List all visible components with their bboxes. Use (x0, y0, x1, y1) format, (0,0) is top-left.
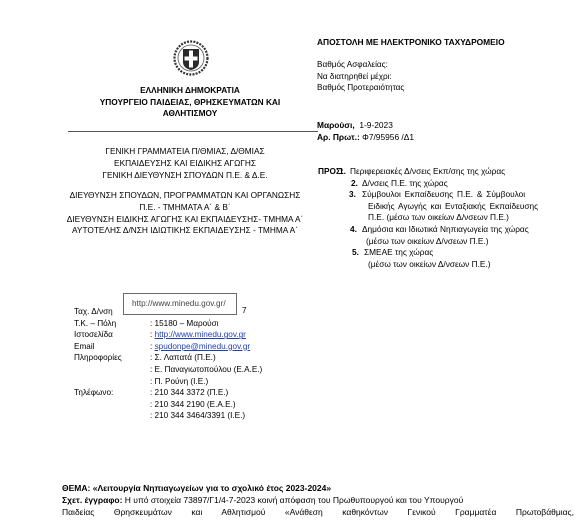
header-divider (68, 131, 318, 132)
address-label: Ταχ. Δ/νση (74, 306, 113, 318)
phone-value: : 210 344 3372 (Π.Ε.) (150, 387, 228, 399)
reference-label: Σχετ. έγγραφο: (62, 495, 122, 505)
email-link[interactable]: spudonpe@minedu.gov.gr (155, 342, 251, 351)
ministry-name-line1: ΥΠΟΥΡΓΕΙΟ ΠΑΙΔΕΙΑΣ, ΘΡΗΣΚΕΥΜΑΤΩΝ ΚΑΙ (60, 97, 320, 109)
email-delivery-note: ΑΠΟΣΤΟΛΗ ΜΕ ΗΛΕΚΤΡΟΝΙΚΟ ΤΑΧΥΔΡΟΜΕΙΟ (317, 37, 505, 47)
reference-text-cont: Παιδείας Θρησκευμάτων και Αθλητισμού «Αν… (62, 506, 574, 518)
security-block: Βαθμός Ασφαλείας: Να διατηρηθεί μέχρι: Β… (317, 59, 404, 94)
subject-title: «Λειτουργία Νηπιαγωγείων για το σχολικό … (93, 483, 331, 493)
recipient-text: Π.Ε. (μέσω των οικείων Δ/νσεων Π.Ε.) (368, 212, 509, 224)
recipient-text: Ειδικής Αγωγής και Ενταξιακής Εκπαίδευση… (368, 201, 538, 213)
subject-block: ΘΕΜΑ: «Λειτουργία Νηπιαγωγείων για το σχ… (62, 482, 574, 518)
city-label: Τ.Κ. – Πόλη (74, 318, 116, 330)
address-tail: 7 (242, 306, 247, 315)
place-label: Μαρούσι, (317, 120, 355, 130)
recipient-text: ΣΜΕΑΕ της χώρας (364, 247, 433, 259)
keep-until: Να διατηρηθεί μέχρι: (317, 71, 404, 83)
republic-name: ΕΛΛΗΝΙΚΗ ΔΗΜΟΚΡΑΤΙΑ (60, 85, 320, 97)
email-label: Email (74, 341, 94, 353)
gen-sec-line: ΓΕΝΙΚΗ ΔΙΕΥΘΥΝΣΗ ΣΠΟΥΔΩΝ Π.Ε. & Δ.Ε. (60, 170, 310, 182)
gen-sec-line: ΓΕΝΙΚΗ ΓΡΑΜΜΑΤΕΙΑ Π/ΘΜΙΑΣ, Δ/ΘΜΙΑΣ (60, 146, 310, 158)
directorate-line: ΑΥΤΟΤΕΛΗΣ Δ/ΝΣΗ ΙΔΙΩΤΙΚΗΣ ΕΚΠΑΙΔΕΥΣΗΣ - … (60, 225, 310, 237)
ministry-name-line2: ΑΘΛΗΤΙΣΜΟΥ (60, 108, 320, 120)
link-tooltip: http://www.minedu.gov.gr/ (123, 293, 237, 315)
info-label: Πληροφορίες (74, 352, 122, 364)
document-date: 1-9-2023 (359, 120, 393, 130)
recipient-text: Περιφερειακές Δ/νσεις Εκπ/σης της χώρας (350, 166, 505, 178)
general-secretariat: ΓΕΝΙΚΗ ΓΡΑΜΜΑΤΕΙΑ Π/ΘΜΙΑΣ, Δ/ΘΜΙΑΣ ΕΚΠΑΙ… (60, 146, 310, 181)
phone-label: Τηλέφωνο: (74, 387, 113, 399)
recipient-text: Δημόσια και Ιδιωτικά Νηπιαγωγεία της χώρ… (362, 224, 529, 236)
phone-value: : 210 344 3464/3391 (Ι.Ε.) (150, 410, 245, 422)
info-value: : Σ. Λαπατά (Π.Ε.) (150, 352, 216, 364)
info-value: : Π. Ρούνη (Ι.Ε.) (150, 376, 208, 388)
gen-sec-line: ΕΚΠΑΙΔΕΥΣΗΣ ΚΑΙ ΕΙΔΙΚΗΣ ΑΓΩΓΗΣ (60, 158, 310, 170)
recipient-number: 5. (352, 247, 359, 259)
directorate-line: Π.Ε. - ΤΜΗΜΑΤΑ Α΄ & Β΄ (60, 202, 310, 214)
city-value: : 15180 – Μαρούσι (150, 318, 219, 330)
contact-block: Ταχ. Δ/νση Τ.Κ. – Πόλη: 15180 – Μαρούσι … (74, 306, 314, 422)
protocol-number: Φ7/95956 /Δ1 (362, 132, 414, 142)
website-link[interactable]: http://www.minedu.gov.gr (155, 330, 246, 339)
recipient-text: (μέσω των οικείων Δ/νσεων Π.Ε.) (366, 236, 489, 248)
info-value: : Ε. Παναγιωτοπούλου (Ε.Α.Ε.) (150, 364, 262, 376)
protocol-label: Αρ. Πρωτ.: (317, 132, 360, 142)
directorates: ΔΙΕΥΘΥΝΣΗ ΣΠΟΥΔΩΝ, ΠΡΟΓΡΑΜΜΑΤΩΝ ΚΑΙ ΟΡΓΑ… (60, 190, 310, 237)
recipient-number: 4. (350, 224, 357, 236)
recipient-text: Σύμβουλοι Εκπαίδευσης Π.Ε. & Σύμβουλοι (362, 189, 525, 201)
recipient-text: (μέσω των οικείων Δ/νσεων Π.Ε.) (368, 259, 491, 271)
recipient-number: 1. (339, 166, 346, 178)
website-label: Ιστοσελίδα (74, 329, 113, 341)
subject-label: ΘΕΜΑ: (62, 483, 90, 493)
recipient-text: Δ/νσεις Π.Ε. της χώρας (362, 178, 448, 190)
date-protocol-block: Μαρούσι, 1-9-2023 Αρ. Πρωτ.: Φ7/95956 /Δ… (317, 119, 414, 143)
reference-text: Η υπό στοιχεία 73897/Γ1/4-7-2023 κοινή α… (125, 495, 463, 505)
phone-value: : 210 344 2190 (Ε.Α.Ε.) (150, 399, 236, 411)
directorate-line: ΔΙΕΥΘΥΝΣΗ ΕΙΔΙΚΗΣ ΑΓΩΓΗΣ ΚΑΙ ΕΚΠΑΙΔΕΥΣΗΣ… (60, 214, 310, 226)
ministry-header: ΕΛΛΗΝΙΚΗ ΔΗΜΟΚΡΑΤΙΑ ΥΠΟΥΡΓΕΙΟ ΠΑΙΔΕΙΑΣ, … (60, 85, 320, 120)
directorate-line: ΔΙΕΥΘΥΝΣΗ ΣΠΟΥΔΩΝ, ΠΡΟΓΡΑΜΜΑΤΩΝ ΚΑΙ ΟΡΓΑ… (60, 190, 310, 202)
security-degree: Βαθμός Ασφαλείας: (317, 59, 404, 71)
recipient-number: 3. (349, 189, 356, 201)
greek-coat-of-arms-icon (173, 40, 209, 76)
priority-degree: Βαθμός Προτεραιότητας (317, 82, 404, 94)
recipient-number: 2. (351, 178, 358, 190)
